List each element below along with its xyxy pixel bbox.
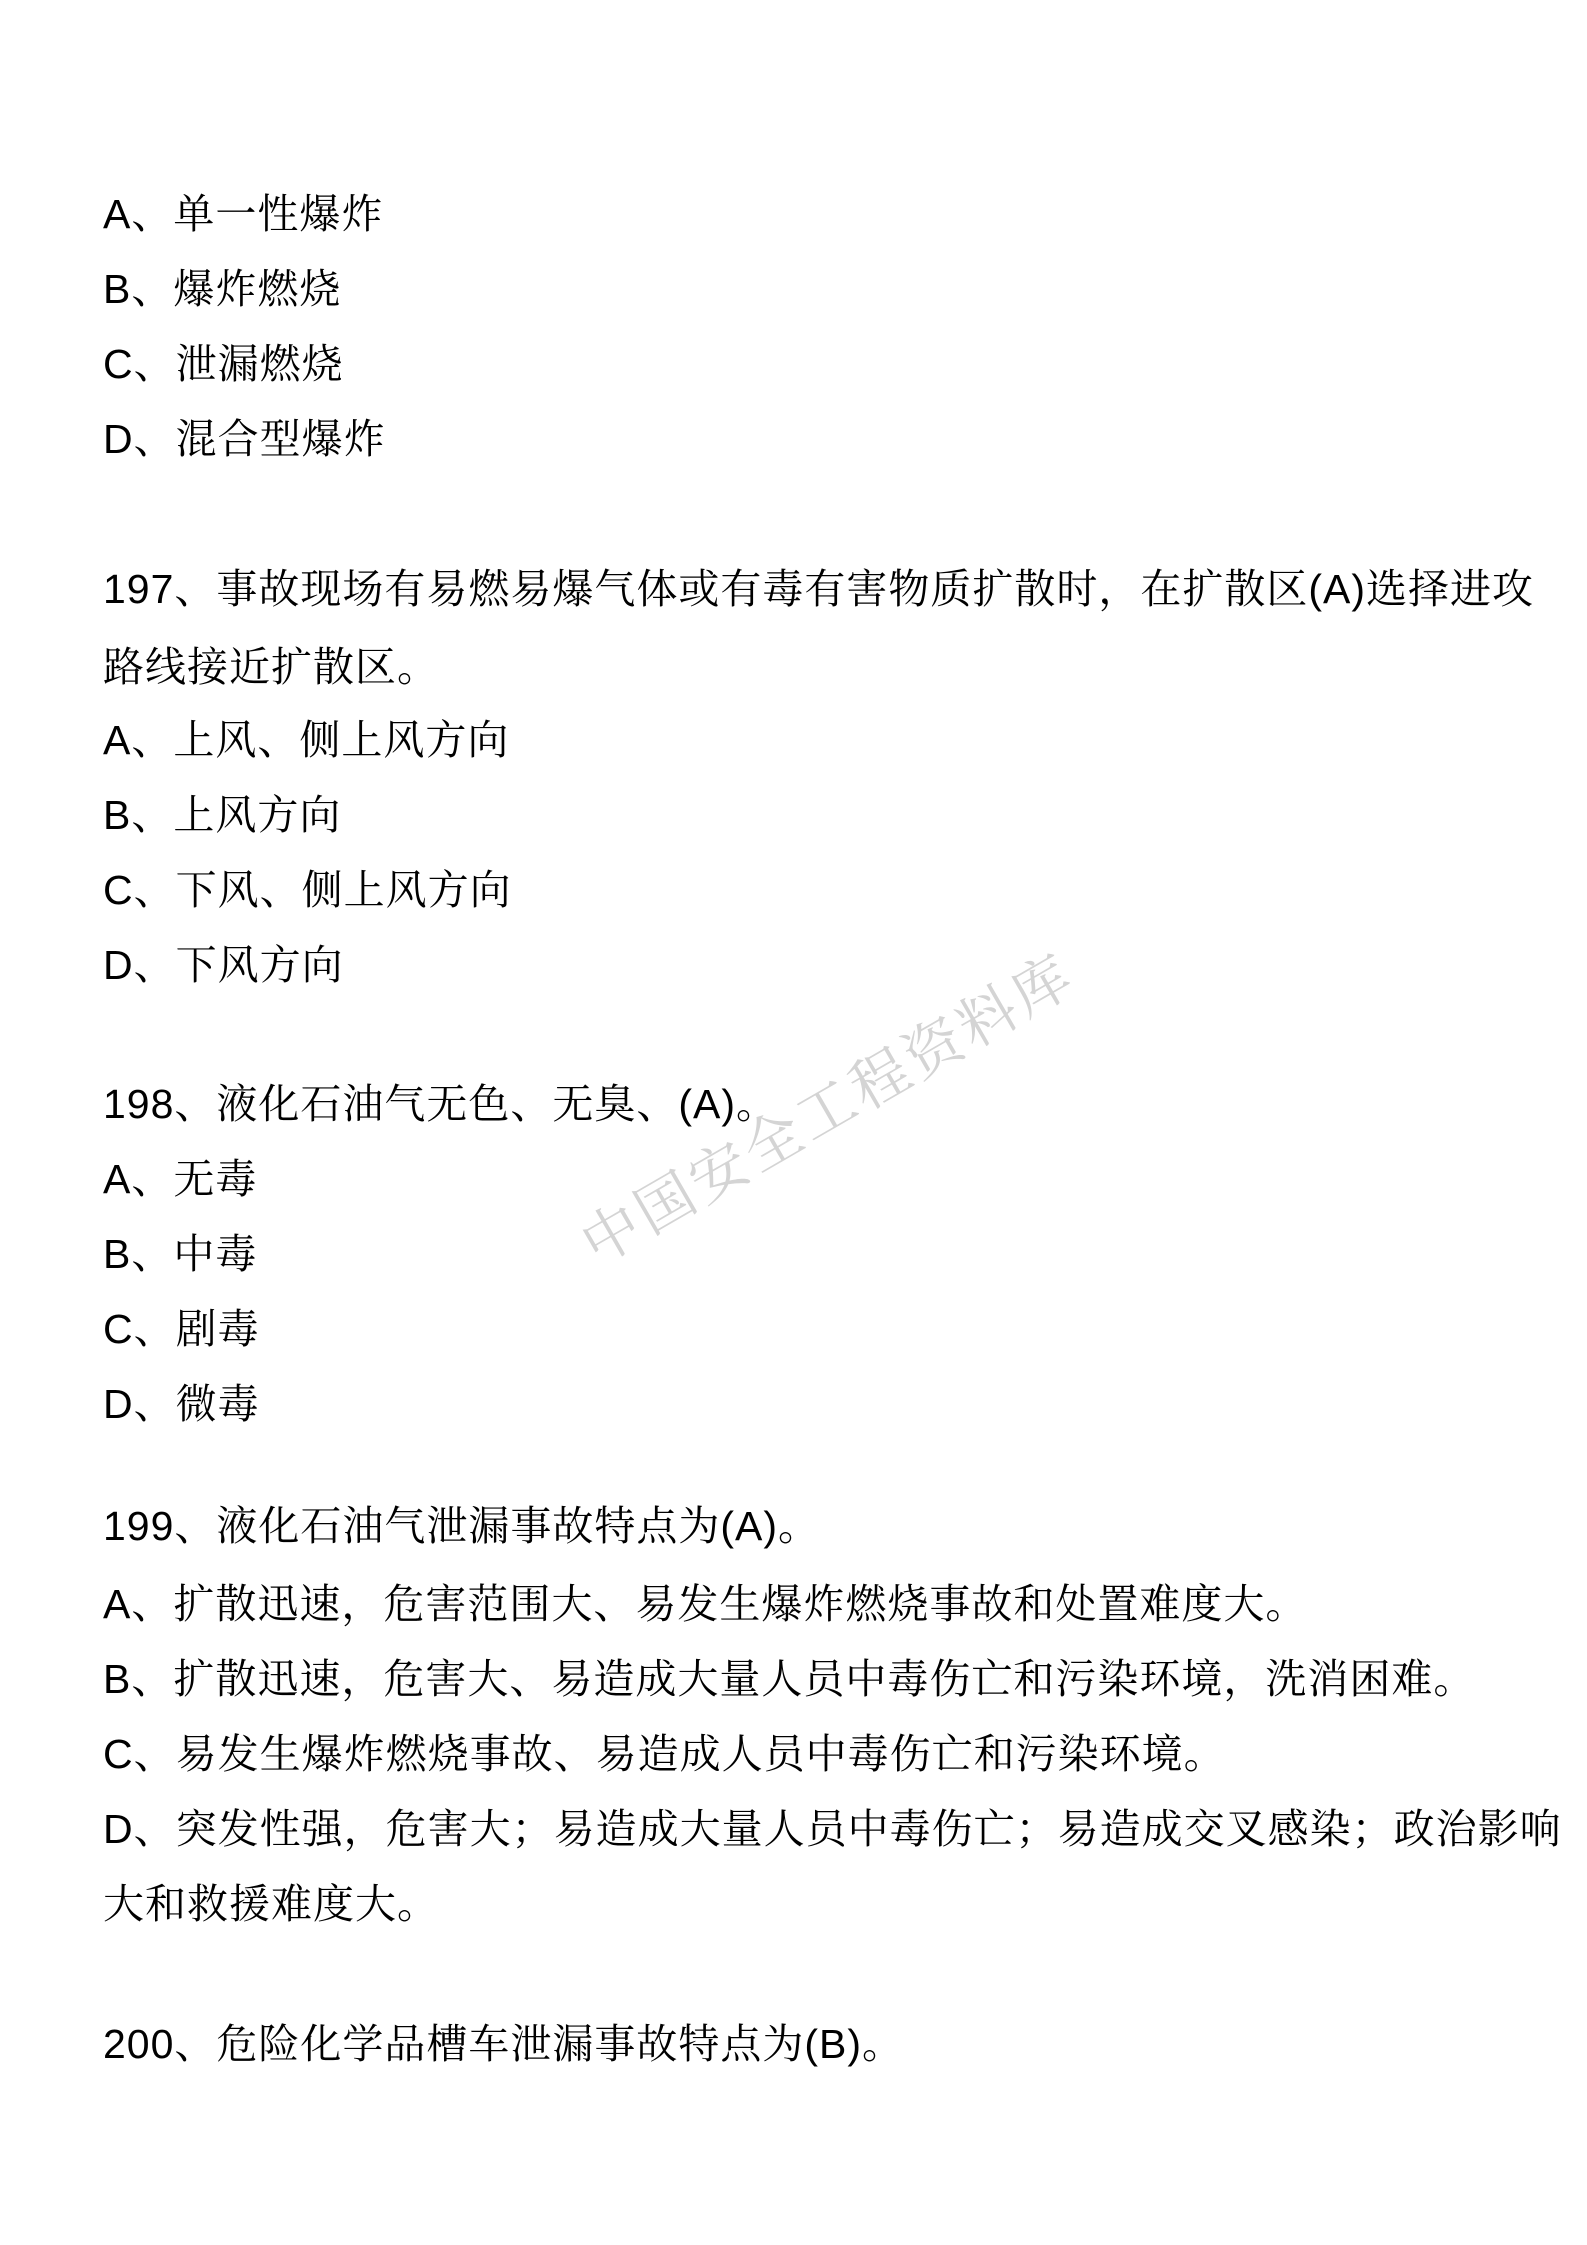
question-197-line-2: 路线接近扩散区。 [103,643,439,692]
question-199-option-d-line-2: 大和救援难度大。 [103,1880,439,1929]
question-197-option-d: D、下风方向 [103,941,344,990]
question-198-option-d: D、微毒 [103,1380,260,1429]
prev-option-a: A、单一性爆炸 [103,190,383,239]
question-197-option-c: C、下风、侧上风方向 [103,866,512,915]
question-197-option-b: B、上风方向 [103,791,341,840]
prev-option-c: C、泄漏燃烧 [103,340,344,389]
question-199-text: 199、液化石油气泄漏事故特点为(A)。 [103,1502,820,1551]
prev-option-b: B、爆炸燃烧 [103,265,341,314]
question-200-text: 200、危险化学品槽车泄漏事故特点为(B)。 [103,2020,904,2069]
question-198-option-c: C、剧毒 [103,1305,260,1354]
question-197-option-a: A、上风、侧上风方向 [103,716,509,765]
question-199-option-c: C、易发生爆炸燃烧事故、易造成人员中毒伤亡和污染环境。 [103,1730,1226,1779]
question-199-option-a: A、扩散迅速，危害范围大、易发生爆炸燃烧事故和处置难度大。 [103,1580,1307,1629]
question-198-option-b: B、中毒 [103,1230,257,1279]
question-198-option-a: A、无毒 [103,1155,257,1204]
question-199-option-b: B、扩散迅速，危害大、易造成大量人员中毒伤亡和污染环境，洗消困难。 [103,1655,1475,1704]
document-page: 中国安全工程资料库 A、单一性爆炸 B、爆炸燃烧 C、泄漏燃烧 D、混合型爆炸 … [0,0,1587,2245]
question-197-line-1: 197、事故现场有易燃易爆气体或有毒有害物质扩散时，在扩散区(A)选择进攻 [103,565,1534,614]
prev-option-d: D、混合型爆炸 [103,415,386,464]
question-198-text: 198、液化石油气无色、无臭、(A)。 [103,1080,778,1129]
question-199-option-d-line-1: D、突发性强，危害大；易造成大量人员中毒伤亡；易造成交叉感染；政治影响 [103,1805,1562,1854]
